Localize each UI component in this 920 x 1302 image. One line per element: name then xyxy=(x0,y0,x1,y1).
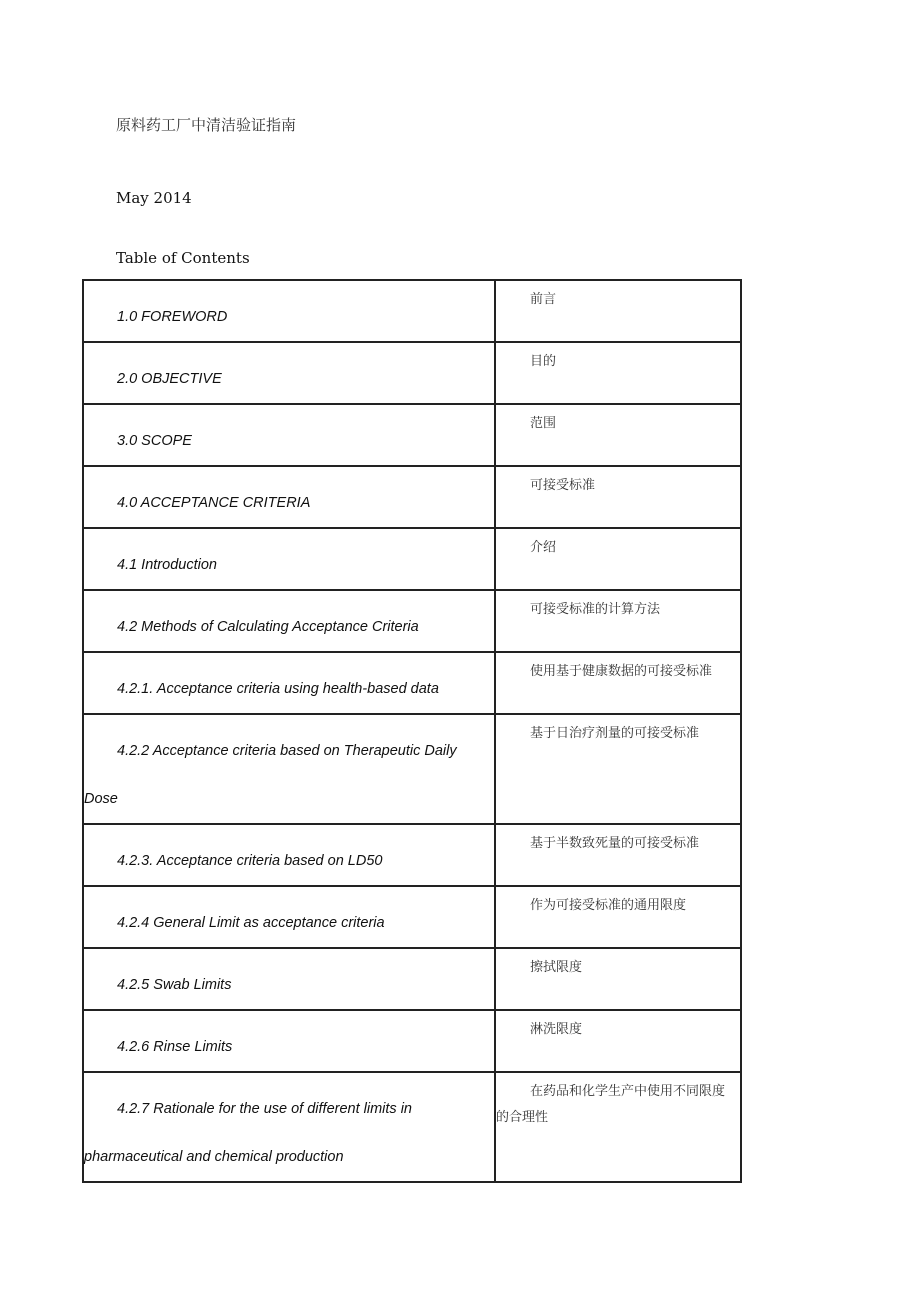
toc-entry-en-text: 4.2 Methods of Calculating Acceptance Cr… xyxy=(84,587,494,651)
toc-entry-zh-text: 前言 xyxy=(496,281,740,313)
toc-entry-zh: 前言 xyxy=(495,280,741,342)
toc-entry-en: 4.0 ACCEPTANCE CRITERIA xyxy=(83,466,495,528)
toc-entry-en: 4.2.6 Rinse Limits xyxy=(83,1010,495,1072)
toc-entry-en-text: 4.2.7 Rationale for the use of different… xyxy=(84,1069,494,1181)
toc-entry-zh: 使用基于健康数据的可接受标准 xyxy=(495,652,741,714)
toc-row: 4.0 ACCEPTANCE CRITERIA 可接受标准 xyxy=(83,466,741,528)
toc-entry-en-text: 4.1 Introduction xyxy=(84,525,494,589)
toc-row: 4.2.2 Acceptance criteria based on Thera… xyxy=(83,714,741,824)
toc-entry-zh-text: 可接受标准的计算方法 xyxy=(496,591,740,623)
toc-entry-en: 4.2.1. Acceptance criteria using health-… xyxy=(83,652,495,714)
toc-row: 4.2.6 Rinse Limits 淋洗限度 xyxy=(83,1010,741,1072)
toc-entry-zh: 擦拭限度 xyxy=(495,948,741,1010)
toc-entry-zh-text: 介绍 xyxy=(496,529,740,561)
toc-entry-zh-text: 基于半数致死量的可接受标准 xyxy=(496,825,740,857)
toc-entry-en-text: 3.0 SCOPE xyxy=(84,401,494,465)
toc-entry-zh-text: 淋洗限度 xyxy=(496,1011,740,1043)
toc-entry-en: 4.2.3. Acceptance criteria based on LD50 xyxy=(83,824,495,886)
toc-entry-en-text: 4.0 ACCEPTANCE CRITERIA xyxy=(84,463,494,527)
toc-entry-zh-text: 擦拭限度 xyxy=(496,949,740,981)
toc-entry-zh-text: 基于日治疗剂量的可接受标准 xyxy=(496,715,740,747)
toc-entry-en: 4.2.2 Acceptance criteria based on Thera… xyxy=(83,714,495,824)
toc-row: 4.2.5 Swab Limits 擦拭限度 xyxy=(83,948,741,1010)
toc-entry-en-text: 4.2.3. Acceptance criteria based on LD50 xyxy=(84,821,494,885)
toc-row: 4.2.1. Acceptance criteria using health-… xyxy=(83,652,741,714)
toc-entry-zh-text: 目的 xyxy=(496,343,740,375)
toc-entry-en-text: 1.0 FOREWORD xyxy=(84,277,494,341)
toc-entry-zh: 在药品和化学生产中使用不同限度的合理性 xyxy=(495,1072,741,1182)
toc-entry-zh-text: 可接受标准 xyxy=(496,467,740,499)
toc-row: 2.0 OBJECTIVE 目的 xyxy=(83,342,741,404)
toc-entry-zh: 范围 xyxy=(495,404,741,466)
document-title: 原料药工厂中清洁验证指南 xyxy=(116,114,296,135)
toc-entry-en-text: 4.2.6 Rinse Limits xyxy=(84,1007,494,1071)
toc-entry-en-text: 4.2.1. Acceptance criteria using health-… xyxy=(84,649,494,713)
toc-entry-zh: 可接受标准 xyxy=(495,466,741,528)
toc-row: 3.0 SCOPE 范围 xyxy=(83,404,741,466)
toc-entry-en: 3.0 SCOPE xyxy=(83,404,495,466)
toc-row: 4.2.3. Acceptance criteria based on LD50… xyxy=(83,824,741,886)
toc-row: 4.2.4 General Limit as acceptance criter… xyxy=(83,886,741,948)
toc-entry-en: 4.1 Introduction xyxy=(83,528,495,590)
toc-entry-en: 4.2.4 General Limit as acceptance criter… xyxy=(83,886,495,948)
toc-entry-zh: 目的 xyxy=(495,342,741,404)
toc-entry-en-text: 4.2.5 Swab Limits xyxy=(84,945,494,1009)
toc-entry-zh: 可接受标准的计算方法 xyxy=(495,590,741,652)
toc-row: 4.1 Introduction 介绍 xyxy=(83,528,741,590)
toc-entry-zh: 基于日治疗剂量的可接受标准 xyxy=(495,714,741,824)
toc-entry-zh: 介绍 xyxy=(495,528,741,590)
toc-entry-zh: 淋洗限度 xyxy=(495,1010,741,1072)
toc-entry-en: 4.2.5 Swab Limits xyxy=(83,948,495,1010)
toc-row: 1.0 FOREWORD 前言 xyxy=(83,280,741,342)
toc-entry-en: 4.2.7 Rationale for the use of different… xyxy=(83,1072,495,1182)
toc-entry-en-text: 4.2.2 Acceptance criteria based on Thera… xyxy=(84,711,494,823)
toc-entry-zh: 基于半数致死量的可接受标准 xyxy=(495,824,741,886)
toc-entry-zh-text: 范围 xyxy=(496,405,740,437)
toc-row: 4.2 Methods of Calculating Acceptance Cr… xyxy=(83,590,741,652)
toc-entry-en: 1.0 FOREWORD xyxy=(83,280,495,342)
toc-table: 1.0 FOREWORD 前言 2.0 OBJECTIVE 目的 3.0 SCO… xyxy=(82,279,742,1183)
toc-entry-zh: 作为可接受标准的通用限度 xyxy=(495,886,741,948)
toc-entry-en-text: 4.2.4 General Limit as acceptance criter… xyxy=(84,883,494,947)
toc-row: 4.2.7 Rationale for the use of different… xyxy=(83,1072,741,1182)
toc-entry-zh-text: 作为可接受标准的通用限度 xyxy=(496,887,740,919)
toc-entry-en: 4.2 Methods of Calculating Acceptance Cr… xyxy=(83,590,495,652)
toc-heading: Table of Contents xyxy=(116,249,250,267)
document-date: May 2014 xyxy=(116,189,192,207)
toc-entry-zh-text: 使用基于健康数据的可接受标准 xyxy=(496,653,740,685)
toc-entry-zh-text: 在药品和化学生产中使用不同限度的合理性 xyxy=(496,1073,740,1131)
toc-entry-en-text: 2.0 OBJECTIVE xyxy=(84,339,494,403)
toc-entry-en: 2.0 OBJECTIVE xyxy=(83,342,495,404)
